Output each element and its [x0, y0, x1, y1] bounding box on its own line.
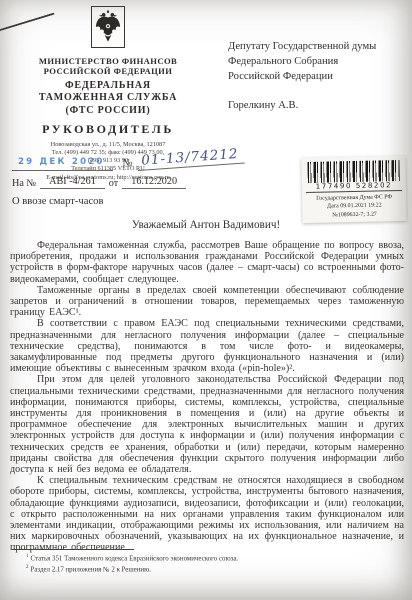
footnote-text: Раздел 2.17 приложения № 2 к Решению.: [31, 567, 151, 574]
agency-name: ФЕДЕРАЛЬНАЯ ТАМОЖЕННАЯ СЛУЖБА (ФТС РОССИ…: [6, 80, 210, 117]
paragraph: Таможенные органы в пределах своей компе…: [10, 285, 404, 319]
agency-line1: ФЕДЕРАЛЬНАЯ: [6, 80, 210, 92]
paragraph: В соответствии с правом ЕАЭС под специал…: [10, 318, 404, 374]
recipient-line3: Российской Федерации: [228, 69, 408, 84]
footnote-separator: [12, 549, 134, 550]
ministry-line2: РОССИЙСКОЙ ФЕДЕРАЦИИ: [6, 66, 210, 76]
in-reply-date: 16.12.2020: [122, 176, 186, 189]
footnote: 1Статья 351 Таможенного кодекса Евразийс…: [12, 553, 392, 564]
recipient-line1: Депутату Государственной думы: [228, 39, 408, 54]
duma-registration-label: 177490 528202 Государственная Дума ФС РФ…: [301, 156, 406, 223]
footnote-marker: 1: [26, 554, 29, 559]
date-stamp: 29 ДЕК 2020: [12, 157, 113, 171]
duma-label-text: Государственная Дума ФС РФ Дата 09.01.20…: [306, 193, 402, 220]
number-sign: №: [123, 158, 133, 169]
paragraph: К специальным техническим средствам не о…: [10, 475, 404, 553]
footnote-list: 1Статья 351 Таможенного кодекса Евразийс…: [12, 553, 392, 576]
recipient-block: Депутату Государственной думы Федерально…: [228, 39, 408, 113]
paragraph: При этом для целей уголовного законодате…: [10, 374, 404, 475]
footnote-text: Статья 351 Таможенного кодекса Евразийск…: [31, 555, 239, 562]
agency-line3: (ФТС РОССИИ): [6, 105, 210, 117]
scanned-letter-page: МИНИСТЕРСТВО ФИНАНСОВ РОССИЙСКОЙ ФЕДЕРАЦ…: [0, 0, 412, 600]
recipient-name: Горелкину А.В.: [228, 98, 408, 113]
in-reply-number: АВГ-4/261: [40, 176, 105, 189]
address-line1: Новозаводская ул., д. 11/5, Москва, 1210…: [6, 141, 210, 149]
letter-body: Федеральная таможенная служба, рассмотре…: [10, 240, 404, 554]
in-reply-label: На №: [12, 178, 36, 189]
ministry-name: МИНИСТЕРСТВО ФИНАНСОВ РОССИЙСКОЙ ФЕДЕРАЦ…: [6, 56, 210, 76]
subject-line: О ввозе смарт-часов: [12, 196, 103, 207]
ministry-line1: МИНИСТЕРСТВО ФИНАНСОВ: [6, 56, 210, 66]
barcode-icon: [307, 160, 399, 183]
recipient-line2: Федерального Собрания: [228, 54, 408, 69]
reference-line: На № АВГ-4/261 от 16.12.2020: [12, 176, 242, 189]
salutation: Уважаемый Антон Вадимович!: [0, 219, 412, 231]
footnote-marker: 2: [26, 565, 29, 570]
from-label: от: [109, 178, 118, 189]
agency-line2: ТАМОЖЕННАЯ СЛУЖБА: [6, 92, 210, 104]
coat-of-arms-icon: [91, 6, 125, 48]
position-title: РУКОВОДИТЕЛЬ: [6, 122, 210, 137]
footnote: 2Раздел 2.17 приложения № 2 к Решению.: [12, 564, 392, 575]
barcode-number: 177490 528202: [306, 181, 402, 193]
registration-line: 29 ДЕК 2020 № 01-13/74212: [12, 153, 227, 171]
paragraph: Федеральная таможенная служба, рассмотре…: [10, 240, 404, 285]
footnotes: 1Статья 351 Таможенного кодекса Евразийс…: [12, 549, 392, 576]
